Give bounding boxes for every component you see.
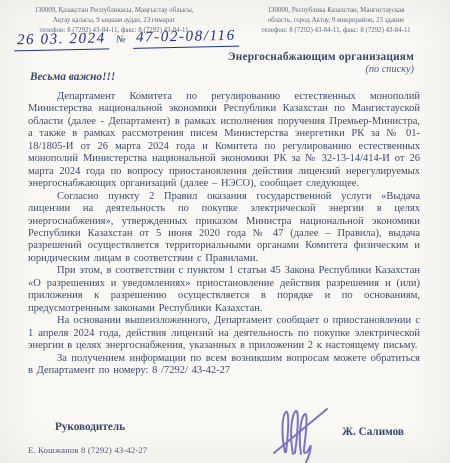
number-sign: № [116, 34, 126, 45]
body-paragraph: Согласно пункту 2 Правил оказания госуда… [28, 191, 420, 266]
registration-line: 26 03. 2024 № 47-02-08/116 [14, 28, 239, 52]
importance-note: Весьма важно!!! [30, 71, 115, 83]
body-paragraph: За получением информации по всем возникш… [28, 353, 420, 378]
addressee-title: Энергоснабжающим организациям [228, 51, 414, 63]
addressee-subtitle: (по списку) [228, 64, 414, 75]
body-paragraph: Департамент Комитета по регулированию ес… [28, 91, 420, 191]
signer-position-title: Руководитель [55, 421, 125, 433]
handwritten-date: 26 03. 2024 [14, 30, 109, 51]
executor-contact: Е. Кошжанов 8 (7292) 43-42-27 [28, 445, 147, 455]
body-paragraph: На основании вышеизложенного, Департамен… [28, 315, 420, 352]
handwritten-signature-icon [270, 403, 332, 463]
letter-body: Департамент Комитета по регулированию ес… [28, 91, 420, 377]
letterhead-ru-line3: телефон: 8 (7292) 43-84-11, факс: 8 (729… [230, 26, 442, 36]
letterhead-ru-line1: 130000, Республика Казахстан, Мангистаус… [230, 6, 442, 16]
addressee-block: Энергоснабжающим организациям (по списку… [228, 51, 414, 75]
letter-page: 130009, Қазақстан Республикасы, Маңғыста… [0, 0, 450, 463]
letterhead-kz-line2: Ақтау қаласы, 9 ықшам аудан, 23 ғимарат [8, 16, 220, 26]
letterhead-kz-line1: 130009, Қазақстан Республикасы, Маңғыста… [8, 6, 220, 16]
letterhead-ru-line2: область, город Актау, 9 микрорайон, 23 з… [230, 16, 442, 26]
signer-name: Ж. Салимов [342, 426, 404, 438]
letterhead-russian: 130000, Республика Казахстан, Мангистаус… [230, 6, 442, 35]
body-paragraph: При этом, в соответствии с пунктом 1 ста… [28, 265, 420, 315]
handwritten-doc-number: 47-02-08/116 [133, 28, 239, 49]
